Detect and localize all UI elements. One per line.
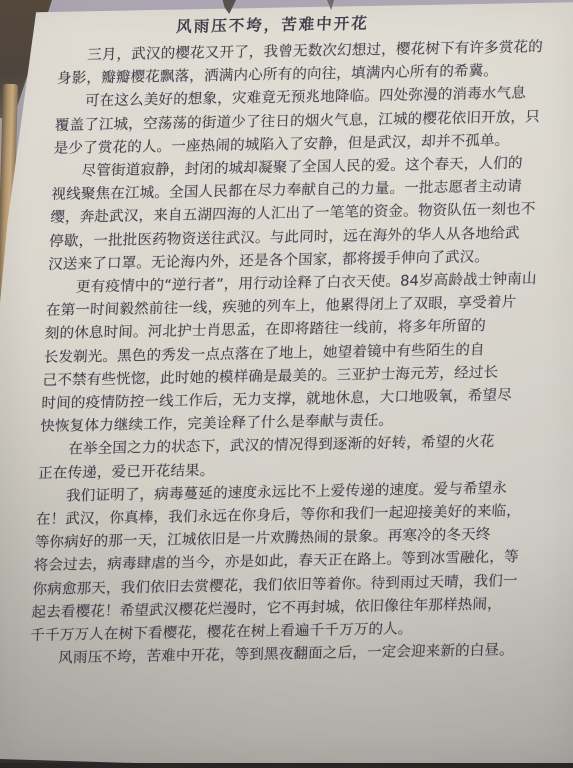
photo-bottom-edge <box>0 763 573 768</box>
essay-body: 三月，武汉的樱花又开了，我曾无数次幻想过，樱花树下有许多赏花的身影，瓣瓣樱花飘落… <box>29 36 557 671</box>
photo-background: 风雨压不垮，苦难中开花 三月，武汉的樱花又开了，我曾无数次幻想过，樱花树下有许多… <box>0 0 573 768</box>
essay-content: 风雨压不垮，苦难中开花 三月，武汉的樱花又开了，我曾无数次幻想过，樱花树下有许多… <box>29 9 558 671</box>
